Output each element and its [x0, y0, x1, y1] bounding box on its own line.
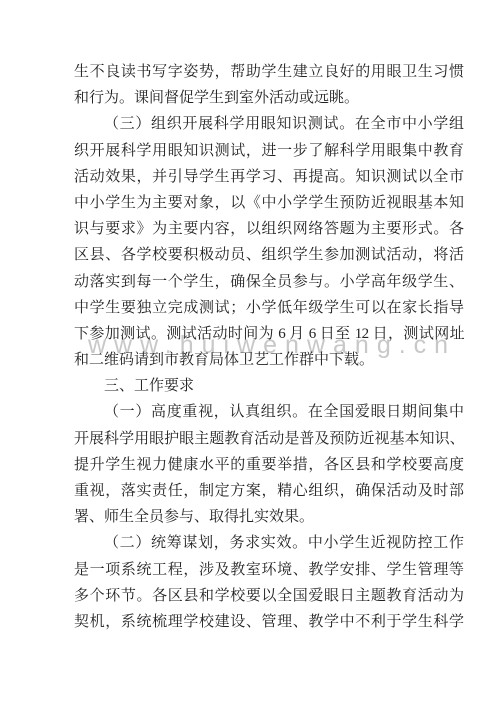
section-heading: 三、工作要求 [74, 373, 464, 399]
document-body: 生不良读书写字姿势，帮助学生建立良好的用眼卫生习惯 和行为。课间督促学生到室外活… [74, 59, 464, 635]
text-line: 活动效果，并引导学生再学习、再提高。知识测试以全市 [74, 164, 464, 190]
text-line: 和二维码请到市教育局体卫艺工作群中下载。 [74, 347, 464, 373]
text-line: 提升学生视力健康水平的重要举措，各区县和学校要高度 [74, 452, 464, 478]
text-line: 中学生要独立完成测试；小学低年级学生可以在家长指导 [74, 295, 464, 321]
text-line: 和行为。课间督促学生到室外活动或远眺。 [74, 85, 464, 111]
text-line: （三）组织开展科学用眼知识测试。在全市中小学组 [74, 111, 464, 137]
text-line: 生不良读书写字姿势，帮助学生建立良好的用眼卫生习惯 [74, 59, 464, 85]
text-line: 多个环节。各区县和学校要以全国爱眼日主题教育活动为 [74, 583, 464, 609]
document-page: www.huiwenwang.cn 生不良读书写字姿势，帮助学生建立良好的用眼卫… [0, 0, 500, 708]
text-line: 区县、各学校要积极动员、组织学生参加测试活动，将活 [74, 242, 464, 268]
text-line: 开展科学用眼护眼主题教育活动是普及预防近视基本知识、 [74, 426, 464, 452]
text-line: 下参加测试。测试活动时间为 6 月 6 日至 12 日，测试网址 [74, 321, 464, 347]
text-line: 契机，系统梳理学校建设、管理、教学中不利于学生科学 [74, 609, 464, 635]
text-line: 动落实到每一个学生，确保全员参与。小学高年级学生、 [74, 269, 464, 295]
text-line: 重视，落实责任，制定方案，精心组织，确保活动及时部 [74, 478, 464, 504]
text-line: （二）统筹谋划，务求实效。中小学生近视防控工作 [74, 530, 464, 556]
text-line: 署、师生全员参与、取得扎实效果。 [74, 504, 464, 530]
text-line: 是一项系统工程，涉及教室环境、教学安排、学生管理等 [74, 557, 464, 583]
text-line: 中小学生为主要对象，以《中小学学生预防近视眼基本知 [74, 190, 464, 216]
text-line: （一）高度重视，认真组织。在全国爱眼日期间集中 [74, 399, 464, 425]
text-line: 识与要求》为主要内容，以组织网络答题为主要形式。各 [74, 216, 464, 242]
text-line: 织开展科学用眼知识测试，进一步了解科学用眼集中教育 [74, 138, 464, 164]
